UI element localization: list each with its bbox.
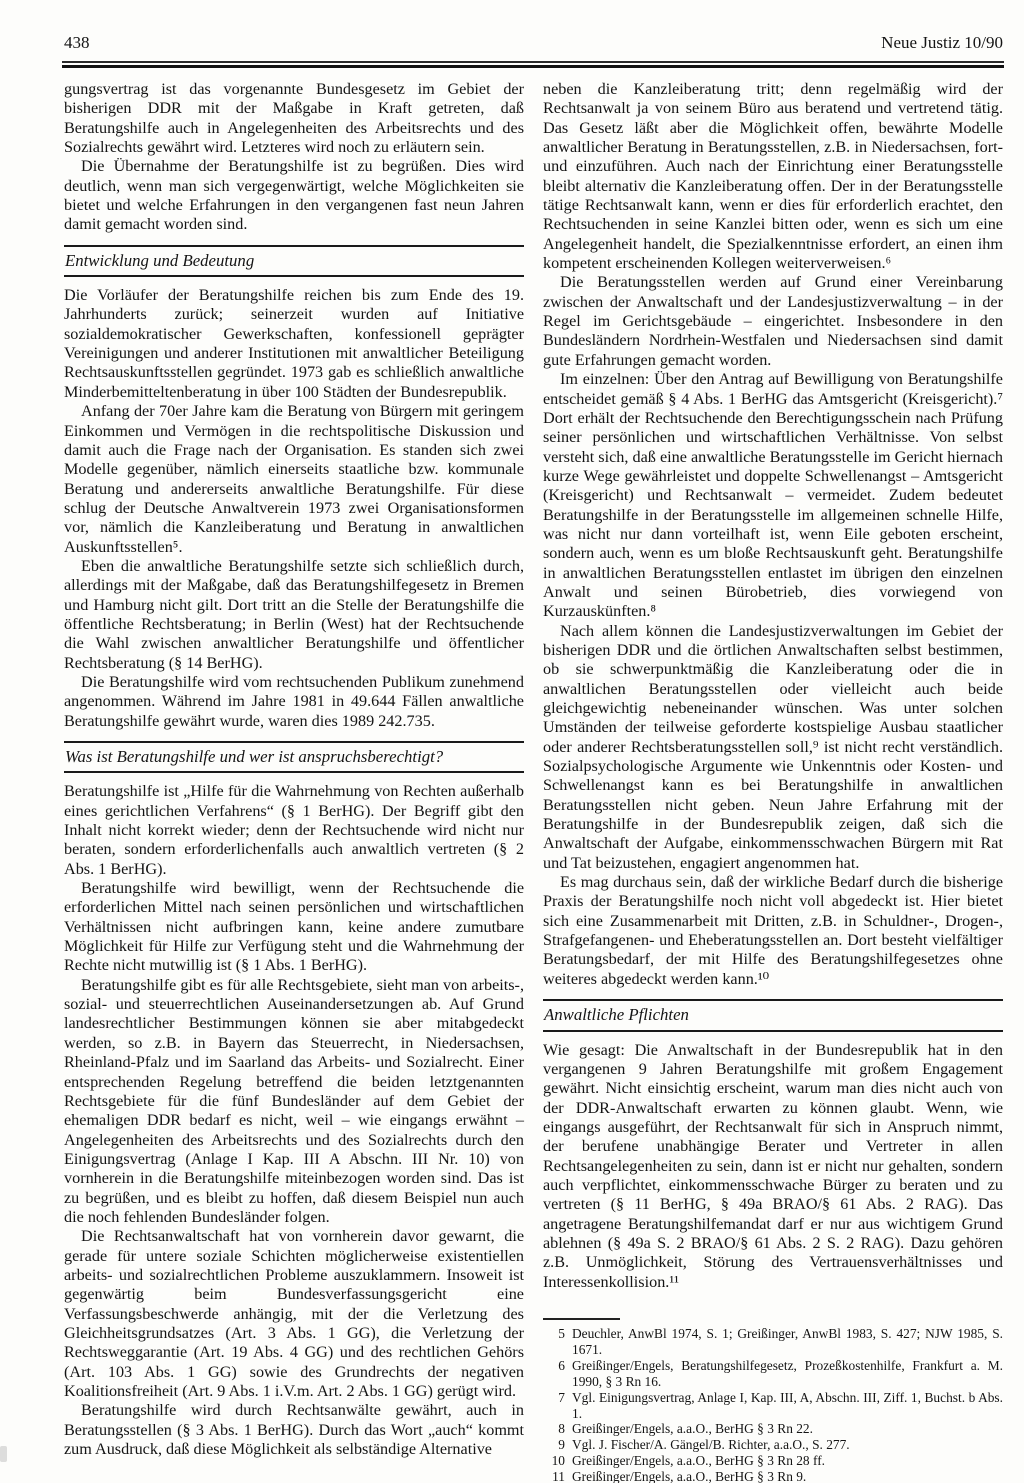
footnote-number: 11: [543, 1469, 565, 1483]
footnote-item: 10 Greißinger/Engels, a.a.O., BerHG § 3 …: [543, 1453, 1003, 1469]
footnote-number: 5: [543, 1326, 565, 1358]
footnote-text: Deuchler, AnwBl 1974, S. 1; Greißinger, …: [572, 1326, 1003, 1358]
paragraph: Es mag durchaus sein, daß der wirkliche …: [543, 873, 1003, 989]
section-heading-was-ist-beratungshilfe: Was ist Beratungshilfe und wer ist anspr…: [64, 741, 524, 773]
paragraph: Beratungshilfe ist „Hilfe für die Wahrne…: [64, 782, 524, 879]
paragraph: Die Vorläufer der Beratungshilfe reichen…: [64, 286, 524, 402]
footnote-item: 9 Vgl. J. Fischer/A. Gängel/B. Richter, …: [543, 1437, 1003, 1453]
page-number: 438: [64, 33, 90, 53]
paragraph: neben die Kanzleiberatung tritt; denn re…: [543, 80, 1003, 273]
footnote-item: 8 Greißinger/Engels, a.a.O., BerHG § 3 R…: [543, 1421, 1003, 1437]
paragraph: Die Beratungshilfe wird vom rechtsuchend…: [64, 673, 524, 731]
footnote-text: Greißinger/Engels, a.a.O., BerHG § 3 Rn …: [572, 1453, 1003, 1469]
paragraph: Wie gesagt: Die Anwaltschaft in der Bund…: [543, 1041, 1003, 1292]
footnote-item: 11 Greißinger/Engels, a.a.O., BerHG § 3 …: [543, 1469, 1003, 1483]
paragraph: Beratungshilfe gibt es für alle Rechtsge…: [64, 976, 524, 1227]
footnote-separator: [543, 1318, 620, 1320]
journal-page: 438 Neue Justiz 10/90 gungsvertrag ist d…: [0, 0, 1024, 1483]
paragraph: Eben die anwaltliche Beratungshilfe setz…: [64, 557, 524, 673]
paragraph: Im einzelnen: Über den Antrag auf Bewill…: [543, 370, 1003, 621]
paragraph: Anfang der 70er Jahre kam die Beratung v…: [64, 402, 524, 557]
article-body: gungsvertrag ist das vorgenannte Bundesg…: [64, 80, 1003, 1483]
paragraph: Die Beratungsstellen werden auf Grund ei…: [543, 273, 1003, 370]
paragraph: Beratungshilfe wird bewilligt, wenn der …: [64, 879, 524, 976]
footnote-number: 7: [543, 1390, 565, 1422]
paragraph: Die Rechtsanwaltschaft hat von vornherei…: [64, 1227, 524, 1401]
footnote-item: 5 Deuchler, AnwBl 1974, S. 1; Greißinger…: [543, 1326, 1003, 1358]
footnote-number: 10: [543, 1453, 565, 1469]
paragraph: Nach allem können die Landesjustizverwal…: [543, 622, 1003, 873]
section-heading-entwicklung: Entwicklung und Bedeutung: [64, 245, 524, 277]
journal-title: Neue Justiz 10/90: [881, 33, 1003, 53]
footnote-text: Vgl. Einigungsvertrag, Anlage I, Kap. II…: [572, 1390, 1003, 1422]
footnote-text: Greißinger/Engels, a.a.O., BerHG § 3 Rn …: [572, 1469, 1003, 1483]
section-heading-anwaltliche-pflichten: Anwaltliche Pflichten: [543, 999, 1003, 1031]
left-column: gungsvertrag ist das vorgenannte Bundesg…: [64, 80, 524, 1483]
right-column: neben die Kanzleiberatung tritt; denn re…: [543, 80, 1003, 1483]
footnote-text: Greißinger/Engels, Beratungshilfegesetz,…: [572, 1358, 1003, 1390]
running-head: 438 Neue Justiz 10/90: [64, 33, 1003, 53]
paragraph: gungsvertrag ist das vorgenannte Bundesg…: [64, 80, 524, 157]
footnotes: 5 Deuchler, AnwBl 1974, S. 1; Greißinger…: [543, 1326, 1003, 1483]
header-divider: [62, 61, 1004, 68]
paragraph: Die Übernahme der Beratungshilfe ist zu …: [64, 157, 524, 234]
footnote-number: 6: [543, 1358, 565, 1390]
footnote-text: Vgl. J. Fischer/A. Gängel/B. Richter, a.…: [572, 1437, 1003, 1453]
footnote-number: 8: [543, 1421, 565, 1437]
paragraph: Beratungshilfe wird durch Rechtsanwälte …: [64, 1401, 524, 1459]
footnote-item: 7 Vgl. Einigungsvertrag, Anlage I, Kap. …: [543, 1390, 1003, 1422]
footnote-text: Greißinger/Engels, a.a.O., BerHG § 3 Rn …: [572, 1421, 1003, 1437]
footnote-number: 9: [543, 1437, 565, 1453]
scan-artifact: [0, 1446, 7, 1462]
footnote-item: 6 Greißinger/Engels, Beratungshilfegeset…: [543, 1358, 1003, 1390]
